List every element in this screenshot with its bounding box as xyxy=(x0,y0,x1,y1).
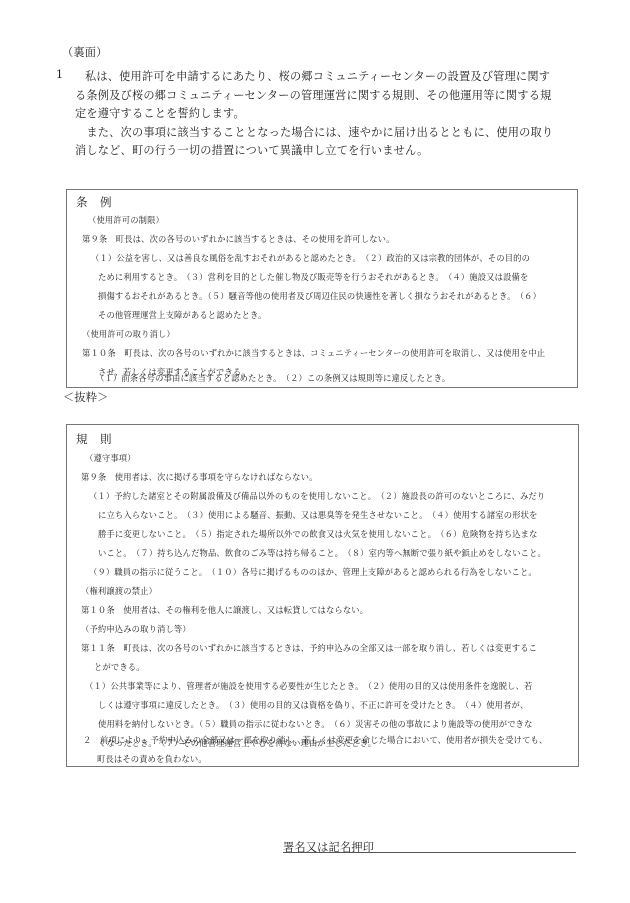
pledge-line: る条例及び桜の郷コミュニティーセンターの管理運営に関する規則、その他運用等に関す… xyxy=(75,87,552,103)
article-line: に立ち入らないこと。 （３）使用による騒音、振動、又は悪臭等を発生させないこと。… xyxy=(98,509,538,521)
pledge-line: 私は、使用許可を申請するにあたり、桜の郷コミュニティーセンターの設置及び管理に関… xyxy=(85,68,550,84)
article-line: （１）予約した諸室とその附属設備及び備品以外のものを使用しないこと。 （２）施設… xyxy=(89,490,545,502)
section-heading: （使用許可の取り消し） xyxy=(82,328,175,340)
article-line: その他管理運営上支障があると認めたとき。 xyxy=(98,309,267,321)
article-line: （９）職員の指示に従うこと。 （１０）各号に掲げるもののほか、管理上支障があると… xyxy=(89,566,537,578)
article-line: 第９条 使用者は、次に掲げる事項を守らなければならない。 xyxy=(81,471,318,483)
rules-box: 規 則 （遵守事項） 第９条 使用者は、次に掲げる事項を守らなければならない。 … xyxy=(66,424,579,767)
pledge-line: 定を遵守することを誓約します。 xyxy=(75,105,245,121)
pledge-line: また、次の事項に該当することとなった場合には、速やかに届け出るとともに、使用の取… xyxy=(75,124,553,140)
article-line: とができる。 xyxy=(94,661,145,673)
article-line: （１）公益を害し、又は善良な風俗を乱すおそれがあると認めたとき。 （２）政治的又… xyxy=(91,252,530,264)
article-line: 使用料を納付しないとき。（５）職員の指示に従わないとき。 （６）災害その他の事故… xyxy=(98,718,533,730)
article-line: 町長はその責めを負わない。 xyxy=(97,753,207,765)
article-line: 第１０条 町長は、次の各号のいずれかに該当するときは、コミュニティーセンターの使… xyxy=(82,347,545,359)
section-heading: （遵守事項） xyxy=(85,452,136,464)
article-line: しくは遵守事項に違反したとき。 （３）使用の目的又は資格を偽り、不正に許可を受け… xyxy=(98,699,528,711)
pledge-number: 1 xyxy=(56,68,63,81)
signature-line[interactable] xyxy=(283,852,576,853)
article-line: ために利用するとき。 （３）営利を目的とした催し物及び販売等を行うおそれがあると… xyxy=(98,271,528,283)
excerpt-label: ＜抜粋＞ xyxy=(63,389,109,405)
article-line: 損傷するおそれがあるとき。（５）騒音等他の使用者及び周辺住民の快適性を著しく損な… xyxy=(98,290,541,302)
rules-title: 規 則 xyxy=(76,431,112,447)
side-label: （裏面） xyxy=(62,44,108,60)
ordinance-box: 条 例 （使用許可の制限） 第９条 町長は、次の各号のいずれかに該当するときは、… xyxy=(66,189,578,388)
pledge-line: 消しなど、町の行う一切の措置について異議申し立てを行いません。 xyxy=(75,142,428,158)
article-line: （１）前条各号の事由に該当すると認めたとき。 （２）この条例又は規則等に違反した… xyxy=(96,372,450,384)
article-line: 第９条 町長は、次の各号のいずれかに該当するときは、その使用を許可しない。 xyxy=(82,233,395,245)
section-heading: （予約申込みの取り消し等） xyxy=(81,623,191,635)
ordinance-title: 条 例 xyxy=(76,194,112,210)
article-line: いこと。 （７）持ち込んだ物品、飲食のごみ等は持ち帰ること。 （８）室内等へ無断… xyxy=(98,547,546,559)
article-line: ２ 前項により、予約申込みの全部又は一部を取り消し、若しくは変更を命じた場合にお… xyxy=(83,734,547,746)
article-line: （１）公共事業等により、管理者が施設を使用する必要性が生じたとき。 （２）使用の… xyxy=(85,680,533,692)
section-heading: （使用許可の制限） xyxy=(88,214,164,226)
article-line: 第１１条 町長は、次の各号のいずれかに該当するときは、予約申込みの全部又は一部を… xyxy=(81,642,537,654)
article-line: 第１０条 使用者は、その権利を他人に譲渡し、又は転貸してはならない。 xyxy=(81,604,368,616)
section-heading: （権利譲渡の禁止） xyxy=(81,585,157,597)
article-line: 勝手に変更しないこと。 （５）指定された場所以外での飲食又は火気を使用しないこと… xyxy=(98,528,538,540)
